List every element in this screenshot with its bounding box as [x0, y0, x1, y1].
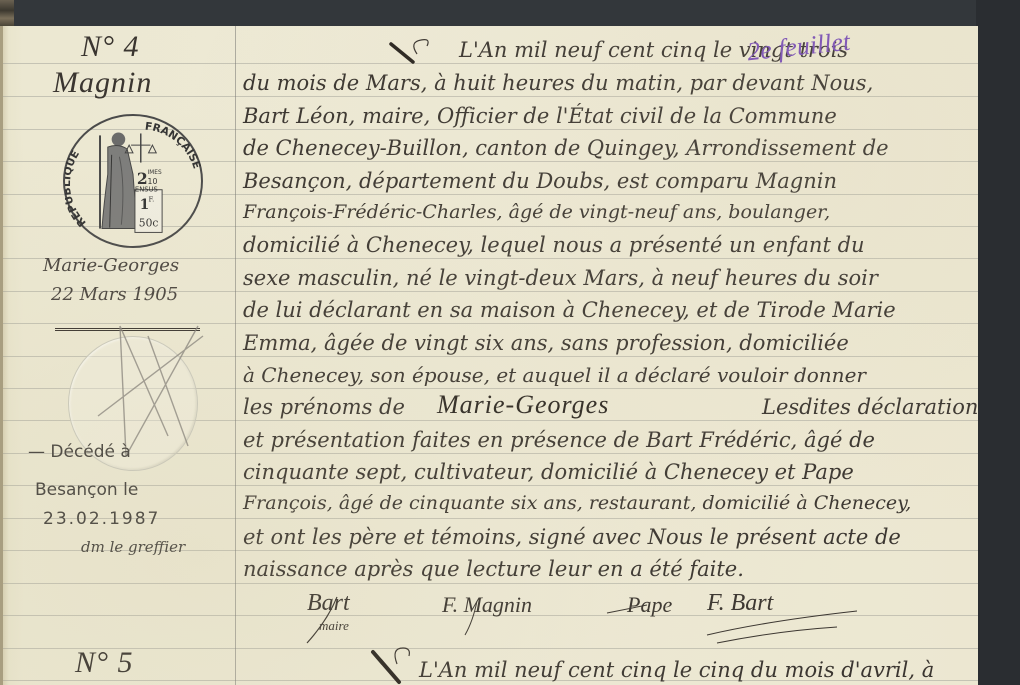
svg-text:F.: F. [149, 195, 155, 203]
body-line-8: sexe masculin, né le vingt-deux Mars, à … [243, 266, 878, 290]
body-line-5: Besançon, département du Doubs, est comp… [243, 169, 837, 193]
body-line-10: Emma, âgée de vingt six ans, sans profes… [243, 331, 849, 355]
book-binding-edge [0, 0, 14, 26]
body-line-12: les prénoms de [243, 395, 405, 419]
body-line-14: et présentation faites en présence de Ba… [243, 428, 875, 452]
scanner-frame-right [976, 0, 1020, 685]
next-record-first-line: L'An mil neuf cent cinq le cinq du mois … [419, 658, 934, 682]
body-line-15: cinquante sept, cultivateur, domicilié à… [243, 460, 854, 484]
register-page: N° 4 Magnin REPUBLIQUE FRANÇAISE [0, 26, 978, 685]
margin-rule [235, 26, 236, 685]
death-note-line3: 23.02.1987 [43, 509, 160, 529]
given-names: Marie-Georges [437, 390, 609, 420]
child-name-note: Marie-Georges [43, 255, 179, 276]
opening-flourish [387, 36, 447, 68]
svg-text:10: 10 [148, 177, 158, 186]
body-line-13: Lesdites déclaration [762, 395, 978, 419]
birth-date-note: 22 Mars 1905 [51, 284, 178, 305]
record-body: L'An mil neuf cent cinq le vingt trois 2… [237, 26, 981, 685]
body-line-7: domicilié à Chenecey, lequel nous a prés… [243, 233, 865, 257]
svg-text:50c: 50c [139, 217, 159, 230]
svg-text:ENSUS: ENSUS [135, 186, 158, 194]
record-number: N° 4 [81, 30, 140, 64]
svg-text:IMES: IMES [148, 170, 162, 176]
scanner-frame-top [0, 0, 1020, 26]
next-record-flourish [369, 642, 415, 685]
death-note-line4: dm le greffier [81, 538, 185, 556]
body-line-2: du mois de Mars, à huit heures du matin,… [243, 71, 873, 95]
next-record-number: N° 5 [75, 646, 134, 680]
revenue-stamp-icon: REPUBLIQUE FRANÇAISE 2 IMES 10 ENSUS [65, 116, 201, 246]
death-note-line2: Besançon le [35, 480, 138, 500]
margin-column: N° 4 Magnin REPUBLIQUE FRANÇAISE [3, 26, 235, 685]
body-line-18: naissance après que lecture leur en a ét… [243, 557, 744, 581]
body-line-9: de lui déclarant en sa maison à Chenecey… [243, 298, 896, 322]
body-line-11: à Chenecey, son épouse, et auquel il a d… [243, 363, 866, 387]
body-line-3: Bart Léon, maire, Officier de l'État civ… [243, 104, 837, 128]
body-line-17: et ont les père et témoins, signé avec N… [243, 525, 901, 549]
svg-text:REPUBLIQUE: REPUBLIQUE [65, 148, 89, 229]
body-line-4: de Chenecey-Buillon, canton de Quingey, … [243, 136, 889, 160]
surname-heading: Magnin [53, 66, 152, 100]
revenue-stamp: REPUBLIQUE FRANÇAISE 2 IMES 10 ENSUS [63, 114, 203, 248]
body-line-6: François-Frédéric-Charles, âgé de vingt-… [243, 201, 830, 223]
document-viewer: N° 4 Magnin REPUBLIQUE FRANÇAISE [0, 0, 1020, 685]
body-line-16: François, âgé de cinquante six ans, rest… [243, 492, 911, 514]
death-note-line1: — Décédé à [28, 442, 131, 462]
